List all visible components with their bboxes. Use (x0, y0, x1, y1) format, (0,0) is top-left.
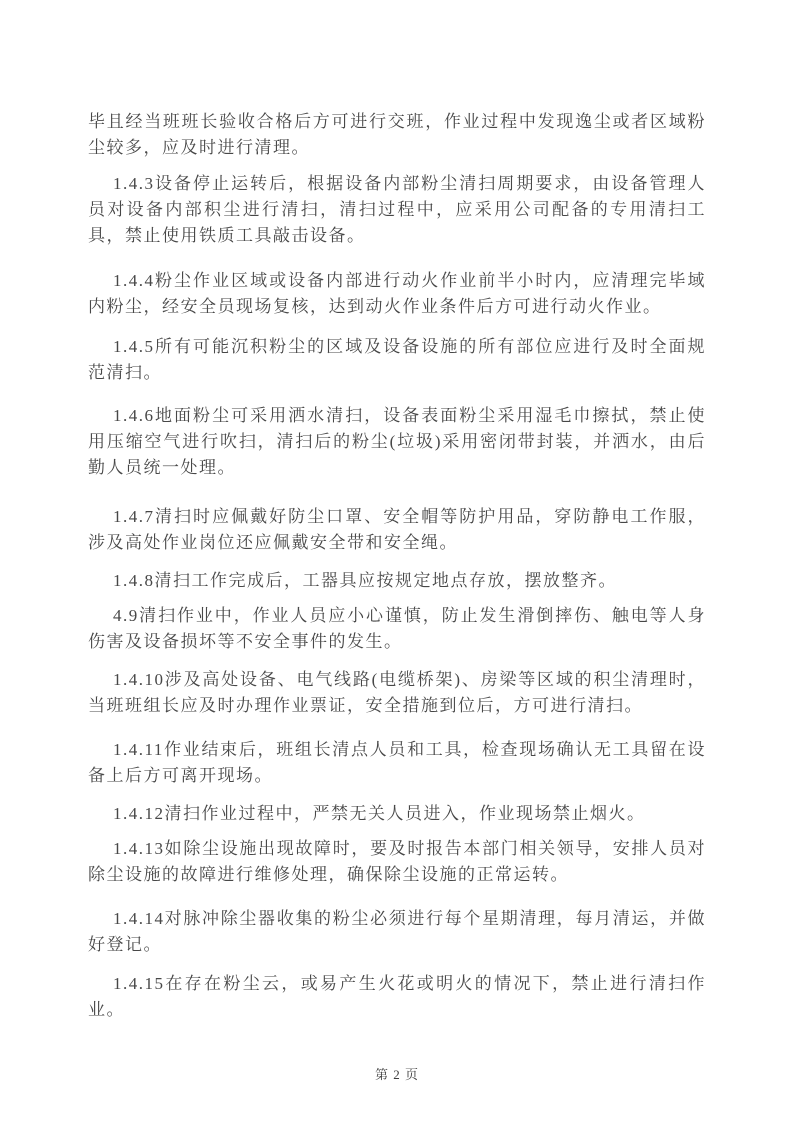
paragraph-1-4-6: 1.4.6地面粉尘可采用洒水清扫，设备表面粉尘采用湿毛巾擦拭，禁止使用压缩空气进… (88, 403, 706, 481)
paragraph-1-4-15: 1.4.15在存在粉尘云，或易产生火花或明火的情况下，禁止进行清扫作业。 (88, 971, 706, 1023)
paragraph-1-4-12: 1.4.12清扫作业过程中，严禁无关人员进入，作业现场禁止烟火。 (88, 801, 706, 827)
paragraph-1-4-5: 1.4.5所有可能沉积粉尘的区域及设备设施的所有部位应进行及时全面规范清扫。 (88, 334, 706, 386)
paragraph-1-4-7: 1.4.7清扫时应佩戴好防尘口罩、安全帽等防护用品，穿防静电工作服，涉及高处作业… (88, 504, 706, 556)
paragraph-4-9: 4.9清扫作业中，作业人员应小心谨慎，防止发生滑倒摔伤、触电等人身伤害及设备损坏… (88, 603, 706, 655)
paragraph-1-4-8: 1.4.8清扫工作完成后，工器具应按规定地点存放，摆放整齐。 (88, 568, 706, 594)
page-footer: 第 2 页 (0, 1064, 794, 1083)
paragraph-1-4-3: 1.4.3设备停止运转后，根据设备内部粉尘清扫周期要求，由设备管理人员对设备内部… (88, 171, 706, 249)
page-number: 第 2 页 (375, 1067, 419, 1082)
paragraph-1-4-13: 1.4.13如除尘设施出现故障时，要及时报告本部门相关领导，安排人员对除尘设施的… (88, 836, 706, 888)
paragraph-1-4-4: 1.4.4粉尘作业区域或设备内部进行动火作业前半小时内，应清理完毕域内粉尘，经安… (88, 268, 706, 320)
document-body: 毕且经当班班长验收合格后方可进行交班，作业过程中发现逸尘或者区域粉尘较多，应及时… (88, 109, 706, 1023)
document-page: 毕且经当班班长验收合格后方可进行交班，作业过程中发现逸尘或者区域粉尘较多，应及时… (0, 0, 794, 1122)
paragraph-1-4-10: 1.4.10涉及高处设备、电气线路(电缆桥架)、房梁等区域的积尘清理时，当班班组… (88, 667, 706, 719)
paragraph-continuation: 毕且经当班班长验收合格后方可进行交班，作业过程中发现逸尘或者区域粉尘较多，应及时… (88, 109, 706, 161)
paragraph-1-4-14: 1.4.14对脉冲除尘器收集的粉尘必须进行每个星期清理，每月清运，并做好登记。 (88, 906, 706, 958)
paragraph-1-4-11: 1.4.11作业结束后，班组长清点人员和工具，检查现场确认无工具留在设备上后方可… (88, 737, 706, 789)
